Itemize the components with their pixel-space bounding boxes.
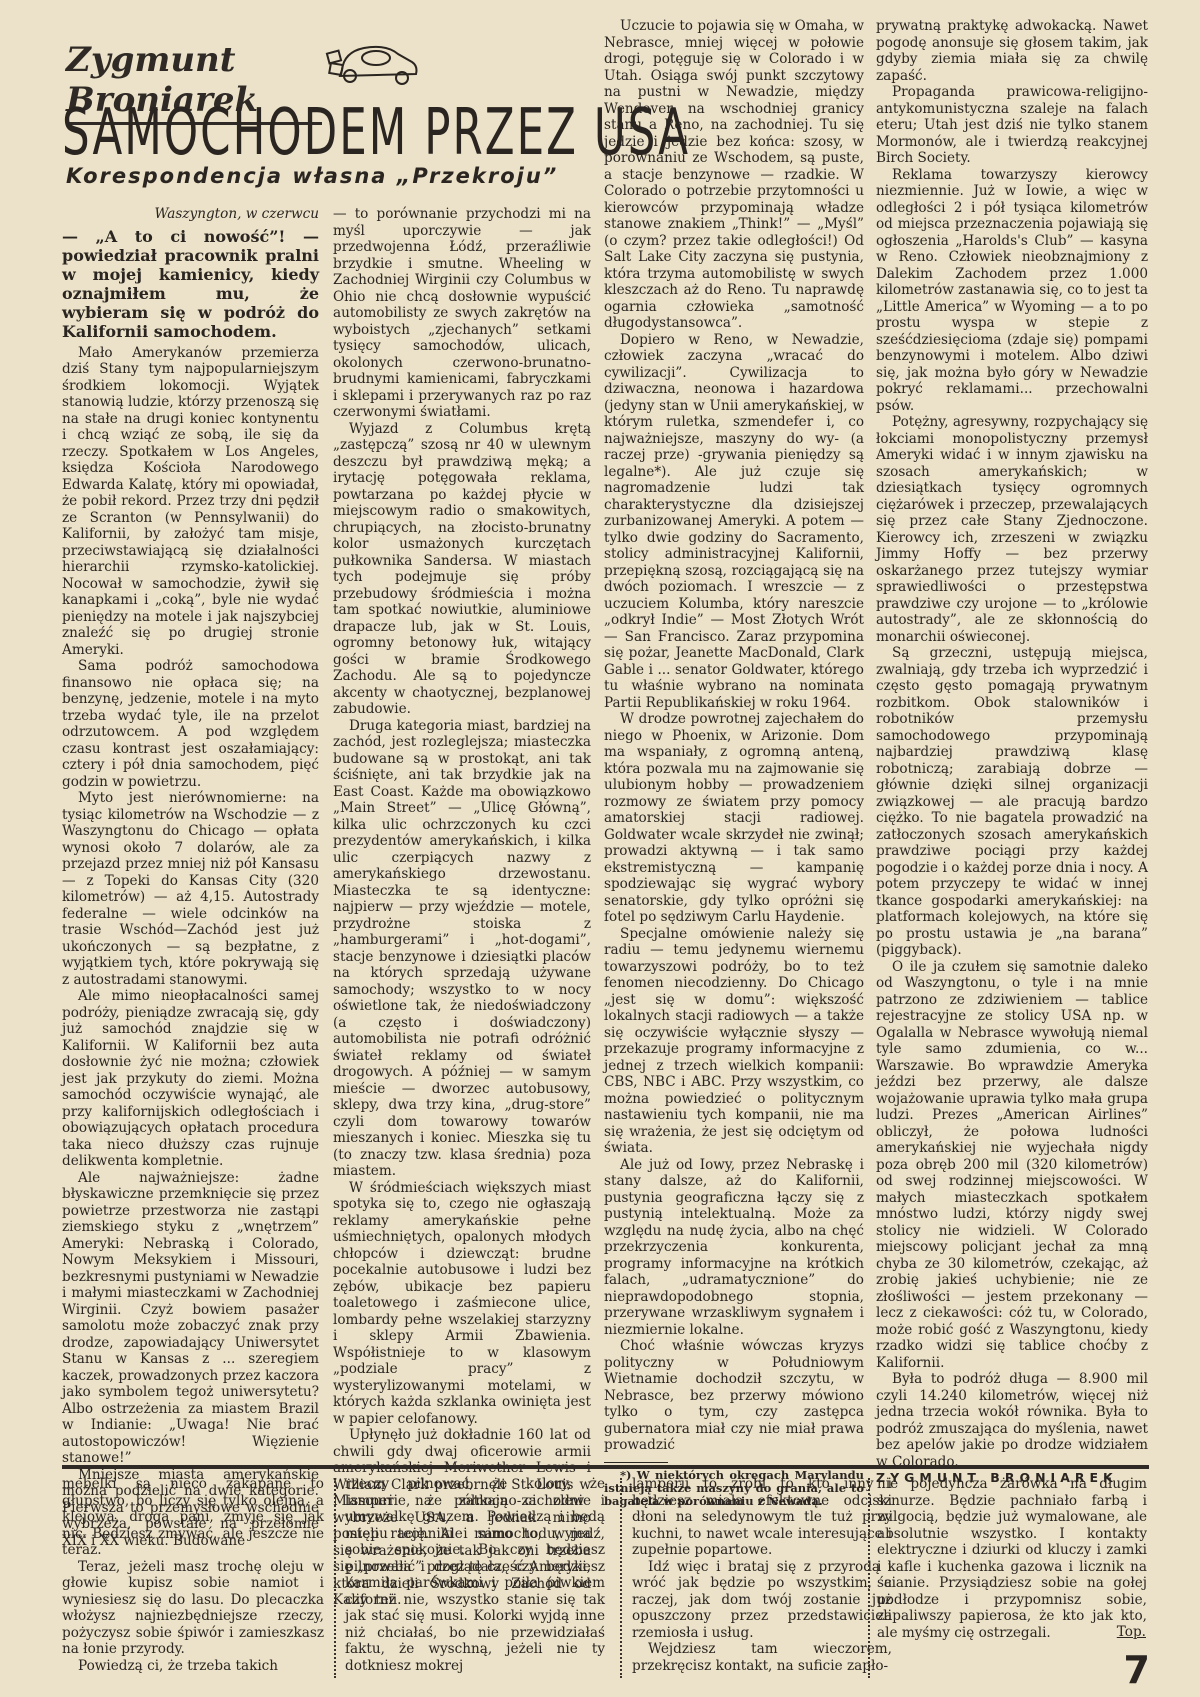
article-column-3: Uczucie to pojawia się w Omaha, w Nebras… — [604, 18, 864, 1508]
paragraph: Teraz, jeżeli masz trochę oleju w głowie… — [62, 1559, 324, 1658]
paragraph: Dopiero w Reno, w Newadzie, człowiek zac… — [604, 332, 864, 712]
article-column-4: prywatną praktykę adwokacką. Nawet pogod… — [876, 18, 1148, 1487]
paragraph: Potężny, agresywny, rozpychający się łok… — [876, 414, 1148, 645]
paragraph: Specjalne omówienie należy się radiu — t… — [604, 926, 864, 1157]
continuation-column-4: nie pojedyncza żarówka na długim sznurze… — [877, 1476, 1147, 1641]
paragraph: W drodze powrotnej zajechałem do niego w… — [604, 711, 864, 926]
paragraph: Propaganda prawicowa-religijno-antykomun… — [876, 84, 1148, 167]
paragraph: Wejdziesz tam wieczorem, przekręcisz kon… — [632, 1641, 892, 1674]
paragraph: rzeczy pilnować, że kolory, że lamperie,… — [345, 1476, 605, 1674]
paragraph: O ile ja czułem się samotnie daleko od W… — [876, 959, 1148, 1372]
paragraph: — to porównanie przychodzi mi na myśl up… — [333, 206, 591, 421]
article-subtitle: Korespondencja własna „Przekroju” — [66, 164, 558, 188]
paragraph: Powiedzą ci, że trzeba takich — [62, 1658, 324, 1675]
paragraph: Reklama towarzyszy kierowcy niezmiennie.… — [876, 167, 1148, 415]
paragraph: Druga kategoria miast, bardziej na zachó… — [333, 718, 591, 1180]
continuation-column-1: mebelki są nieco zakapane to głupstwo, b… — [62, 1476, 324, 1674]
column-rule — [620, 1478, 622, 1678]
page-number: 7 — [1124, 1648, 1150, 1692]
footnote-rule — [604, 1462, 668, 1463]
paragraph: Była to podróż długa — 8.900 mil czyli 1… — [876, 1371, 1148, 1470]
paragraph: Wyjazd z Columbus krętą „zastępczą” szos… — [333, 421, 591, 718]
paragraph: Mało Amerykanów przemierza dziś Stany ty… — [62, 345, 319, 659]
paragraph: nie pojedyncza żarówka na długim sznurze… — [877, 1476, 1147, 1641]
column-rule — [868, 1478, 870, 1678]
paragraph: Ale mimo nieopłacalności samej podróży, … — [62, 988, 319, 1170]
continuation-column-2: rzeczy pilnować, że kolory, że lamperie,… — [345, 1476, 605, 1674]
paragraph: Sama podróż samochodowa finansowo nie op… — [62, 658, 319, 790]
author-credit: Top. — [1117, 1624, 1146, 1640]
paragraph: Uczucie to pojawia się w Omaha, w Nebras… — [604, 18, 864, 332]
article-headline: SAMOCHODEM PRZEZ USA — [62, 96, 620, 170]
paragraph: Są grzeczni, ustępują miejsca, zwalniają… — [876, 645, 1148, 959]
paragraph: Choć właśnie wówczas kryzys polityczny w… — [604, 1338, 864, 1454]
paragraph: Myto jest nierównomierne: na tysiąc kilo… — [62, 790, 319, 988]
paragraph: W śródmieściach większych miast spotyka … — [333, 1180, 591, 1428]
car-icon — [324, 40, 420, 86]
section-divider — [62, 1465, 1149, 1469]
paragraph: Ale najważniejsze: żadne błyskawiczne pr… — [62, 1170, 319, 1467]
paragraph: prywatną praktykę adwokacką. Nawet pogod… — [876, 18, 1148, 84]
paragraph: mebelki są nieco zakapane to głupstwo, b… — [62, 1476, 324, 1559]
article-lead: — „A to ci nowość”! — powiedział pracown… — [62, 227, 319, 341]
paragraph: Ale już od Iowy, przez Nebraskę i stany … — [604, 1157, 864, 1339]
article-column-2: — to porównanie przychodzi mi na myśl up… — [333, 206, 591, 1609]
paragraph: Idź więc i brataj się z przyrodą i wróć … — [632, 1559, 892, 1642]
paragraph: lamperii to zrobi to kto inny i będziesz… — [632, 1476, 892, 1559]
magazine-page: Zygmunt Broniarek SAMOCHODEM PRZEZ USA K… — [0, 0, 1200, 1697]
column-rule — [334, 1478, 336, 1678]
article-column-1: Waszyngton, w czerwcu — „A to ci nowość”… — [62, 206, 319, 1549]
dateline: Waszyngton, w czerwcu — [62, 206, 319, 223]
continuation-column-3: lamperii to zrobi to kto inny i będziesz… — [632, 1476, 892, 1674]
